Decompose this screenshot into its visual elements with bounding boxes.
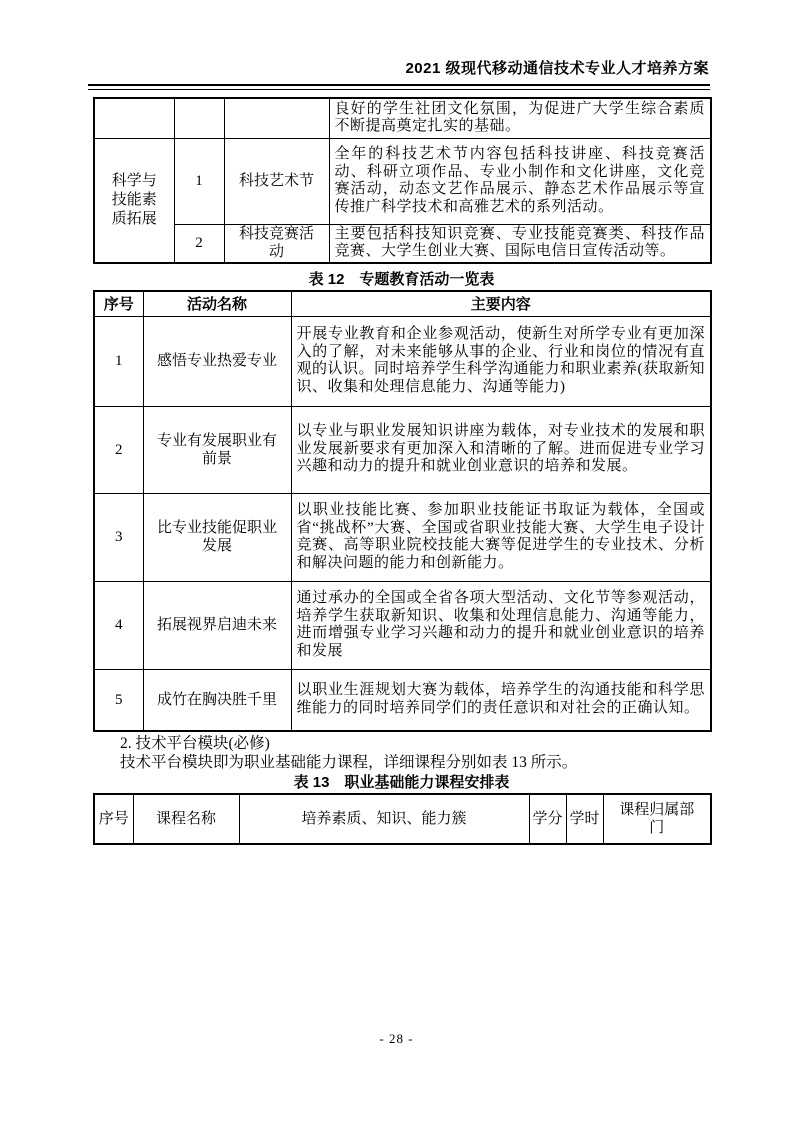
activity-name: 拓展视界启迪未来 (143, 581, 291, 669)
column-header-department: 课程归属部门 (603, 794, 711, 844)
column-header-hours: 学时 (566, 794, 603, 844)
column-header-abilities: 培养素质、知识、能力簇 (239, 794, 529, 844)
activity-content: 良好的学生社团文化氛围，为促进广大学生综合素质不断提高奠定扎实的基础。 (329, 98, 711, 138)
activity-content: 全年的科技艺术节内容包括科技讲座、科技竞赛活动、科研立项作品、专业小制作和文化讲… (329, 138, 711, 224)
row-number: 4 (94, 581, 143, 669)
row-number: 2 (94, 406, 143, 493)
column-header-num: 序号 (94, 794, 133, 844)
activity-content: 主要包括科技知识竞赛、专业技能竞赛类、科技作品竞赛、大学生创业大赛、国际电信日宣… (329, 224, 711, 263)
activity-name: 科技竞赛活动 (224, 224, 329, 263)
section-heading: 2. 技术平台模块(必修) (93, 734, 710, 753)
activity-content: 以职业生涯规划大赛为载体，培养学生的沟通技能和科学思维能力的同时培养同学们的责任… (291, 669, 711, 731)
activity-name: 比专业技能促职业发展 (143, 493, 291, 581)
special-education-activities-table: 序号 活动名称 主要内容 1 感悟专业热爱专业 开展专业教育和企业参观活动，使新… (93, 290, 712, 732)
empty-cell (224, 98, 329, 138)
column-header-credits: 学分 (529, 794, 566, 844)
activity-name: 成竹在胸决胜千里 (143, 669, 291, 731)
document-page: 2021 级现代移动通信技术专业人才培养方案 良好的学生社团文化氛围，为促进广大… (0, 0, 793, 1122)
table-row: 1 感悟专业热爱专业 开展专业教育和企业参观活动，使新生对所学专业有更加深入的了… (94, 316, 711, 406)
row-number: 1 (174, 138, 224, 224)
page-number: - 28 - (0, 1031, 793, 1047)
page-header-title: 2021 级现代移动通信技术专业人才培养方案 (405, 57, 709, 78)
table13-caption: 表 13 职业基础能力课程安排表 (93, 771, 710, 792)
body-paragraph: 2. 技术平台模块(必修) 技术平台模块即为职业基础能力课程，详细课程分别如表 … (93, 734, 710, 772)
table-row: 2 专业有发展职业有前景 以专业与职业发展知识讲座为载体，对专业技术的发展和职业… (94, 406, 711, 493)
header-divider (88, 84, 710, 90)
table-row: 3 比专业技能促职业发展 以职业技能比赛、参加职业技能证书取证为载体，全国或省“… (94, 493, 711, 581)
category-cell: 科学与技能素质拓展 (94, 138, 174, 263)
activity-content: 开展专业教育和企业参观活动，使新生对所学专业有更加深入的了解，对未来能够从事的企… (291, 316, 711, 406)
row-number: 3 (94, 493, 143, 581)
activity-content: 以职业技能比赛、参加职业技能证书取证为载体，全国或省“挑战杯”大赛、全国或省职业… (291, 493, 711, 581)
activity-content: 以专业与职业发展知识讲座为载体，对专业技术的发展和职业发展新要求有更加深入和清晰… (291, 406, 711, 493)
row-number: 2 (174, 224, 224, 263)
table-row: 5 成竹在胸决胜千里 以职业生涯规划大赛为载体，培养学生的沟通技能和科学思维能力… (94, 669, 711, 731)
column-header-name: 活动名称 (143, 291, 291, 316)
activity-name: 科技艺术节 (224, 138, 329, 224)
activity-name: 感悟专业热爱专业 (143, 316, 291, 406)
basic-ability-courses-table: 序号 课程名称 培养素质、知识、能力簇 学分 学时 课程归属部门 (93, 793, 712, 845)
column-header-course: 课程名称 (133, 794, 239, 844)
column-header-content: 主要内容 (291, 291, 711, 316)
activity-name: 专业有发展职业有前景 (143, 406, 291, 493)
table12-caption: 表 12 专题教育活动一览表 (93, 268, 710, 289)
empty-cell (174, 98, 224, 138)
column-header-num: 序号 (94, 291, 143, 316)
row-number: 1 (94, 316, 143, 406)
activity-content: 通过承办的全国或全省各项大型活动、文化节等参观活动，培养学生获取新知识、收集和处… (291, 581, 711, 669)
quality-activities-table: 良好的学生社团文化氛围，为促进广大学生综合素质不断提高奠定扎实的基础。 科学与技… (93, 97, 712, 264)
section-text: 技术平台模块即为职业基础能力课程，详细课程分别如表 13 所示。 (93, 753, 710, 772)
table-row: 4 拓展视界启迪未来 通过承办的全国或全省各项大型活动、文化节等参观活动，培养学… (94, 581, 711, 669)
empty-cell (94, 98, 174, 138)
row-number: 5 (94, 669, 143, 731)
